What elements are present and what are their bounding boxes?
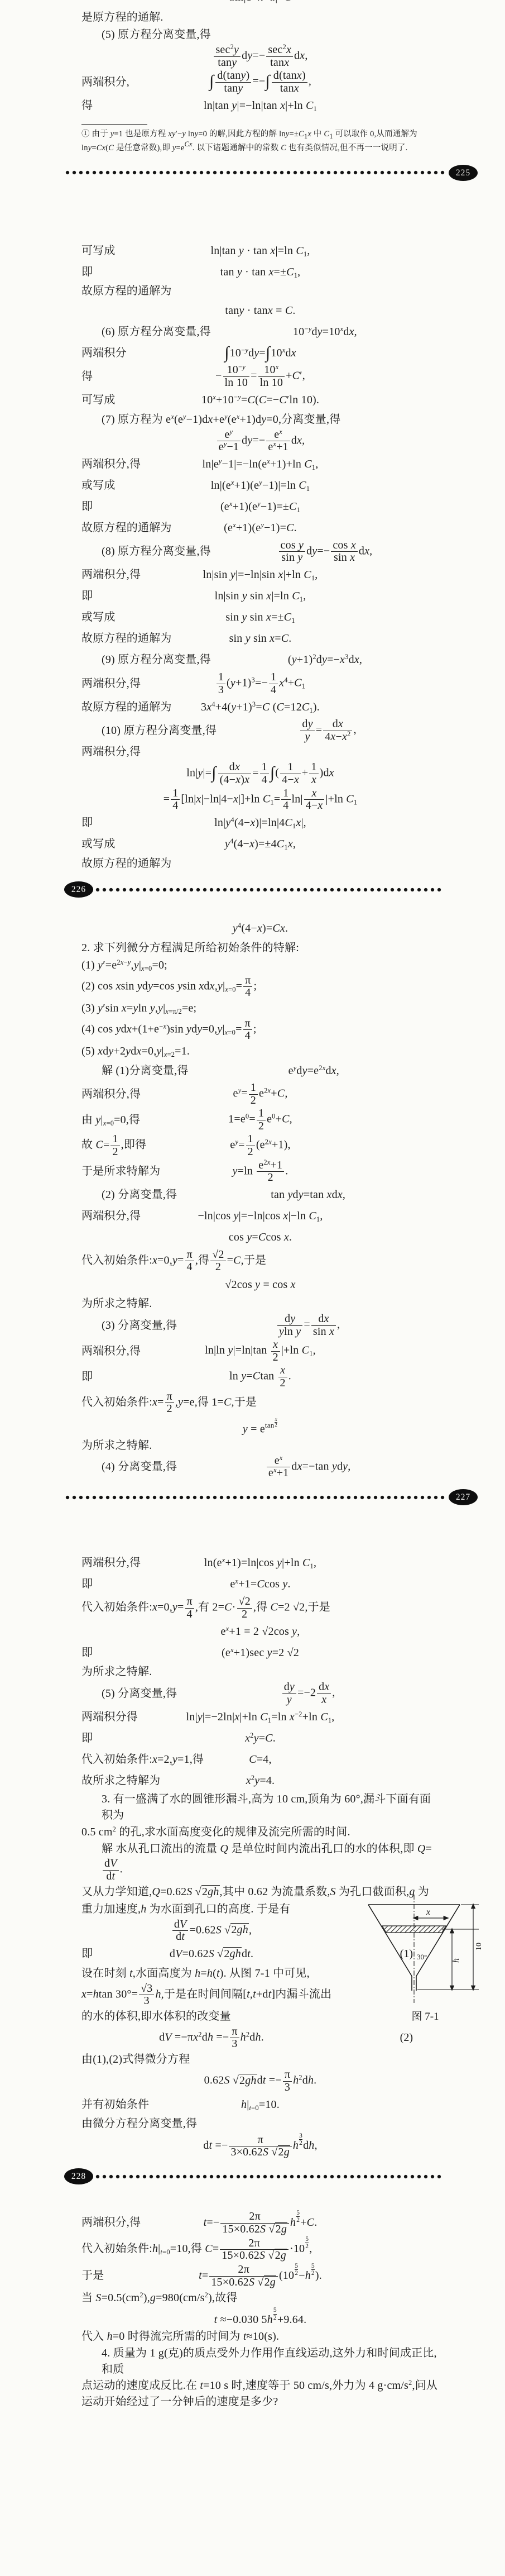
equation-line: 或写成sin y sin x=±C1 <box>81 607 439 628</box>
formula: ln|tan y|=−ln|tan x|+ln C1 <box>81 99 439 113</box>
equation-line: tany · tanx = C. <box>81 300 439 321</box>
formula: dyy=dx4x−x2, <box>217 718 439 743</box>
line-label: 故所求之特解为 <box>81 1774 160 1788</box>
line-label: 故原方程的通解为 <box>81 632 172 646</box>
line-label: 由微分方程分离变量,得 <box>81 2116 197 2132</box>
equation-line: 即x2y=C. <box>81 1728 439 1749</box>
line-label: 0.5 cm2 的孔,求水面高度变化的规律及流完所需的时间. <box>81 1824 350 1840</box>
equation-line: √2cos y = cos x <box>81 1274 439 1295</box>
text-line: 解 水从孔口流出的流量 Q 是单位时间内流出孔口的水的体积,即 Q=dVdt. <box>81 1841 439 1883</box>
text-line: 为所求之特解. <box>81 1663 439 1681</box>
equation-line: 故原方程的通解为3x4+4(y+1)3=C (C=12C1). <box>81 697 439 718</box>
line-label: 解 (1)分离变量,得 <box>102 1064 189 1078</box>
formula: dV=0.62S √2ghdt. <box>81 1947 342 1961</box>
formula: y4(4−x)=Cx. <box>233 922 288 936</box>
figure-label-h: h <box>451 1958 461 1963</box>
line-label: 或写成 <box>81 837 116 851</box>
text-line: 重力加速度,h 为水面到孔口的高度. 于是有 <box>81 1901 439 1918</box>
formula: ln y=Ctan x2. <box>81 1364 439 1390</box>
text-line: 为所求之特解. <box>81 1437 439 1454</box>
formula: aln|1−x−a|+C <box>229 0 291 4</box>
line-label: 又从力学知道,Q=0.62S √2gh,其中 0.62 为流量系数,S 为孔口截… <box>81 1884 429 1900</box>
text-line: 点运动的速度成反比.在 t=10 s 时,速度等于 50 cm/s,外力为 4 … <box>81 2378 439 2410</box>
line-label: 于是所求特解为 <box>81 1165 160 1179</box>
text-line: 代入 h=0 时得流完所需的时间为 t≈10(s). <box>81 2328 439 2345</box>
line-label: 为所求之特解. <box>81 1438 152 1454</box>
equation-line: dVdt=0.62S √2gh, <box>81 1918 342 1944</box>
line-label: (6) 原方程分离变量,得 <box>102 325 211 339</box>
line-label: 两端积分,得 <box>81 457 141 471</box>
equation-line: (6) 原方程分离变量,得10−ydy=10xdx, <box>81 321 439 342</box>
page-separator: 225 <box>65 163 479 182</box>
line-label: (4) cos ydx+(1+e−x)sin ydy=0,y|x=0=π4; <box>81 1017 257 1043</box>
formula: (y+1)2dy=−x3dx, <box>211 653 439 667</box>
formula: y = etanx2 <box>243 1417 278 1436</box>
line-label: 由(1),(2)式得微分方程 <box>81 2052 190 2068</box>
figure-label-height: 10 <box>475 1943 483 1950</box>
text-line: (4) cos ydx+(1+e−x)sin ydy=0,y|x=0=π4; <box>81 1017 439 1043</box>
text-line: lny=Cx(C 是任意常数),即 y=eCx. 以下诸题通解中的常数 C 也有… <box>81 141 496 155</box>
formula: 0.62S √2ghdt =−π3h2dh. <box>204 2068 317 2094</box>
equation-line: 两端积分∫10−ydy=∫10xdx <box>81 342 439 364</box>
formula: dyy=−2dxx, <box>177 1681 439 1706</box>
equation-line: 两端积分得ln|y|=−2ln|x|+ln C1=ln x−2+ln C1, <box>81 1706 439 1728</box>
equation-line: (9) 原方程分离变量,得(y+1)2dy=−x3dx, <box>81 650 439 671</box>
text-line: 代入初始条件:x=0,y=π4,得√22=C,于是 <box>81 1248 439 1274</box>
page-section-227: y4(4−x)=Cx.2. 求下列微分方程满足所给初始条件的特解:(1) y′=… <box>81 918 439 1507</box>
line-label: (3) 分离变量,得 <box>102 1319 177 1333</box>
equation-line: 两端积分,得ln|sin y|=−ln|sin x|+ln C1, <box>81 565 439 586</box>
text-line: 代入初始条件:x=π2,y=e,得 1=C,于是 <box>81 1390 439 1416</box>
equation-line: 两端积分,得ey=12e2x+C, <box>81 1081 439 1107</box>
text-line: (3) y′sin x=yln y,y|x=π/2=e; <box>81 1000 439 1017</box>
page-gap <box>81 903 439 918</box>
text-line: 设在时刻 t,水面高度为 h=h(t). 从图 7-1 中可见, <box>81 1965 342 1982</box>
line-label: (1) y′=e2x−y,y|x=0=0; <box>81 957 167 974</box>
equation-line: (3) 分离变量,得dyyln y=dxsin x, <box>81 1313 439 1338</box>
formula: ∫d(tany)tany=−∫d(tanx)tanx, <box>81 69 439 95</box>
line-label: (8) 原方程分离变量,得 <box>102 545 211 559</box>
formula: tan ydy=tan xdx, <box>177 1188 439 1202</box>
equation-line: 解 (1)分离变量,得eydy=e2xdx, <box>81 1060 439 1081</box>
line-label: (9) 原方程分离变量,得 <box>102 653 211 667</box>
line-label: 2. 求下列微分方程满足所给初始条件的特解: <box>81 940 299 956</box>
equation-line: 故 C=12,即得ey=12(e2x+1), <box>81 1133 439 1158</box>
line-label: (2) cos xsin ydy=cos ysin xdx,y|x=0=π4; <box>81 974 257 1000</box>
equation-line: 得−10−yln 10=10xln 10+C′, <box>81 364 439 389</box>
clipped-equation-line: aln|1−x−a|+C <box>81 0 439 9</box>
line-label: 两端积分 <box>81 346 127 360</box>
equation-line: 故原方程的通解为sin y sin x=C. <box>81 628 439 650</box>
line-label: 代入 h=0 时得流完所需的时间为 t≈10(s). <box>81 2329 279 2345</box>
line-label: 为所求之特解. <box>81 1664 152 1680</box>
page-number-badge: 226 <box>64 881 93 898</box>
line-label: 故原方程的通解为 <box>81 856 172 872</box>
text-line: 4. 质量为 1 g(克)的质点受外力作用作直线运动,这外力和时间成正比,和质 <box>81 2345 439 2378</box>
line-label: 代入初始条件:x=π2,y=e,得 1=C,于是 <box>81 1390 257 1416</box>
formula: t=2π15×0.62S √2g(1052−h52). <box>81 2263 439 2289</box>
formula: ln|y4(4−x)|=ln|4C1x|, <box>81 816 439 830</box>
line-label: 由 y|x=0=0,得 <box>81 1113 140 1127</box>
dotted-separator <box>65 1495 447 1500</box>
equation-line: 即ln|sin y sin x|=ln C1, <box>81 586 439 607</box>
equation-line: dV =−πx2dh =−π3h2dh.(2) <box>81 2025 342 2051</box>
text-line: 又从力学知道,Q=0.62S √2gh,其中 0.62 为流量系数,S 为孔口截… <box>81 1883 439 1901</box>
equation-line: ln|y|=∫dx(4−x)x=14∫(14−x+1x)dx <box>81 761 439 786</box>
line-label: (5) 分离变量,得 <box>102 1687 177 1701</box>
formula: −10−yln 10=10xln 10+C′, <box>81 364 439 389</box>
line-label: 可写成 <box>81 244 116 258</box>
line-label: ① 由于 y≡1 也是原方程 xy′−y lny=0 的解,因此方程的解 lny… <box>81 128 417 140</box>
formula: ln|y|=∫dx(4−x)x=14∫(14−x+1x)dx <box>186 761 334 786</box>
formula: √2cos y = cos x <box>225 1278 295 1292</box>
equation-line: 0.62S √2ghdt =−π3h2dh. <box>81 2068 439 2094</box>
equation-line: 即(ex+1)(ey−1)=±C1 <box>81 497 439 518</box>
equation-line: 得ln|tan y|=−ln|tan x|+ln C1 <box>81 95 439 116</box>
equation-line: 两端积分,得ln|ey−1|=−ln(ex+1)+ln C1, <box>81 454 439 475</box>
line-label: 即 <box>81 1731 93 1745</box>
equation-line: sec2ytanydy=−sec2xtanxdx, <box>81 44 439 69</box>
text-line: 3. 有一盛满了水的圆锥形漏斗,高为 10 cm,顶角为 60°,漏斗下面有面积… <box>81 1791 439 1824</box>
line-label: 两端积分,得 <box>81 1087 141 1101</box>
line-label: 即 <box>81 1947 93 1961</box>
page-number-badge: 227 <box>449 1489 478 1505</box>
equation-line: 或写成y4(4−x)=±4C1x, <box>81 834 439 855</box>
line-label: 当 S=0.5(cm2),g=980(cm/s2),故得 <box>81 2290 238 2306</box>
line-label: 或写成 <box>81 610 116 624</box>
text-line: ① 由于 y≡1 也是原方程 xy′−y lny=0 的解,因此方程的解 lny… <box>81 127 496 141</box>
text-line: 2. 求下列微分方程满足所给初始条件的特解: <box>81 939 439 957</box>
equation-line: 两端积分,得ln|ln y|=ln|tan x2|+ln C1, <box>81 1338 439 1364</box>
text-line: 的水的体积,即水体积的改变量 <box>81 2008 342 2025</box>
equation-line: 即tan y · tan x=±C1, <box>81 261 439 283</box>
equation-line: (2) 分离变量,得tan ydy=tan xdx, <box>81 1185 439 1206</box>
textbook-page: aln|1−x−a|+C是原方程的通解.(5) 原方程分离变量,得sec2yta… <box>0 0 505 2576</box>
line-label: 即 <box>81 1646 93 1660</box>
line-label: 得 <box>81 99 93 113</box>
line-label: 两端积分,得 <box>81 2216 141 2230</box>
line-label: 两端积分,得 <box>81 677 141 691</box>
formula: tan y · tan x=±C1, <box>81 265 439 279</box>
formula: ln|tan y · tan x|=ln C1, <box>81 244 439 258</box>
equation-line: 两端积分,得t=−2π15×0.62S √2gh52+C. <box>81 2210 439 2236</box>
formula: ex+1 = 2 √2cos y, <box>221 1625 300 1639</box>
dotted-separator <box>95 887 443 893</box>
line-label: 故原方程的通解为 <box>81 521 172 535</box>
equation-line: (8) 原方程分离变量,得cos ysin ydy=−cos xsin xdx, <box>81 539 439 565</box>
line-label: 代入初始条件:h|t=0=10,得 C=2π15×0.62S √2g·1052, <box>81 2236 312 2263</box>
page-gap <box>81 185 439 240</box>
line-label: 设在时刻 t,水面高度为 h=h(t). 从图 7-1 中可见, <box>81 1966 310 1982</box>
equation-line: ex+1 = 2 √2cos y, <box>81 1621 439 1642</box>
text-line: 两端积分,得 <box>81 743 439 761</box>
formula: dVdt=0.62S √2gh, <box>171 1918 252 1944</box>
page-section-228: x h 10 30° 图 7-1 两端积分,得ln(ex+1)=ln|cos y… <box>81 1532 439 2186</box>
page-separator: 226 <box>62 880 443 899</box>
line-label: 的水的体积,即水体积的改变量 <box>81 2009 231 2025</box>
line-label: (5) xdy+2ydx=0,y|x=2=1. <box>81 1043 190 1060</box>
text-line: x=htan 30°=√33h,于是在时间间隔[t,t+dt]内漏斗流出 <box>81 1982 342 2008</box>
line-label: (2) 分离变量,得 <box>102 1188 177 1202</box>
text-line: (2) cos xsin ydy=cos ysin xdx,y|x=0=π4; <box>81 974 439 1000</box>
formula: tany · tanx = C. <box>225 304 295 318</box>
text-line: 故原方程的通解为 <box>81 855 439 872</box>
line-label: (4) 分离变量,得 <box>102 1460 177 1474</box>
line-label: 4. 质量为 1 g(克)的质点受外力作用作直线运动,这外力和时间成正比,和质 <box>102 2345 439 2378</box>
equation-line: 于是所求特解为y=ln e2x+12. <box>81 1159 439 1185</box>
equation-line: (4) 分离变量,得exex+1dx=−tan ydy, <box>81 1454 439 1480</box>
line-label: 即 <box>81 265 93 279</box>
line-label: 两端积分,得 <box>81 1344 141 1358</box>
equation-line: 于是t=2π15×0.62S √2g(1052−h52). <box>81 2263 439 2289</box>
line-label: 代入初始条件:x=0,y=π4,有 2=C·√22,得 C=2 √2,于是 <box>81 1595 330 1621</box>
formula: exex+1dx=−tan ydy, <box>177 1454 439 1480</box>
formula: t ≈−0.030 5h52+9.64. <box>214 2307 307 2327</box>
equation-line: cos y=Ccos x. <box>81 1227 439 1248</box>
formula: 10−ydy=10xdx, <box>211 325 439 339</box>
equation-line: 即ln y=Ctan x2. <box>81 1364 439 1390</box>
equation-line: 由 y|x=0=0,得1=e0=12e0+C, <box>81 1107 439 1133</box>
equation-line: 即(ex+1)sec y=2 √2 <box>81 1642 439 1663</box>
figure-label-angle: 30° <box>417 1953 427 1961</box>
text-line: 代入初始条件:h|t=0=10,得 C=2π15×0.62S √2g·1052, <box>81 2236 439 2263</box>
line-label: 两端积分,得 <box>81 1209 141 1223</box>
line-label: 并有初始条件 <box>81 2098 149 2112</box>
line-label: 为所求之特解. <box>81 1296 152 1312</box>
equation-line: 两端积分,得−ln|cos y|=−ln|cos x|−ln C1, <box>81 1206 439 1227</box>
equation-line: 即ln|y4(4−x)|=ln|4C1x|, <box>81 813 439 834</box>
equation-line: 两端积分,得13(y+1)3=−14x4+C1 <box>81 671 439 697</box>
line-label: 两端积分,得 <box>81 1556 141 1570</box>
line-label: 重力加速度,h 为水面到孔口的高度. 于是有 <box>81 1901 290 1917</box>
line-label: 故原方程的通解为 <box>81 700 172 714</box>
equation-line: 或写成ln|(ex+1)(ey−1)|=ln C1 <box>81 475 439 497</box>
text-line: 当 S=0.5(cm2),g=980(cm/s2),故得 <box>81 2289 439 2307</box>
line-label: (10) 原方程分离变量,得 <box>102 724 217 738</box>
page-gap <box>81 1510 439 1532</box>
formula: ln|(ex+1)(ey−1)|=ln C1 <box>81 479 439 493</box>
line-label: 故 C=12,即得 <box>81 1133 146 1158</box>
line-label: 即 <box>81 1577 93 1591</box>
line-label: 即 <box>81 816 93 830</box>
line-label: 故原方程的通解为 <box>81 283 172 299</box>
formula: sec2ytanydy=−sec2xtanxdx, <box>213 44 307 69</box>
page-separator: 228 <box>62 2167 443 2186</box>
equation-line: 代入初始条件:x=2,y=1,得C=4, <box>81 1749 439 1770</box>
page-gap <box>81 2189 439 2210</box>
text-line: (1) y′=e2x−y,y|x=0=0; <box>81 957 439 974</box>
line-label: 是原方程的通解. <box>81 9 163 26</box>
equation-line: eyey−1dy=−exex+1dx, <box>81 428 439 454</box>
line-label: 即 <box>81 500 93 514</box>
line-label: 或写成 <box>81 479 116 493</box>
page-section-229: 两端积分,得t=−2π15×0.62S √2gh52+C.代入初始条件:h|t=… <box>81 2210 439 2410</box>
line-label: 两端积分, <box>81 75 129 89</box>
line-label: 解 水从孔口流出的流量 Q 是单位时间内流出孔口的水的体积,即 Q=dVdt. <box>102 1841 439 1883</box>
formula: ln|sin y sin x|=ln C1, <box>81 589 439 603</box>
page-separator: 227 <box>65 1488 479 1507</box>
line-label: 代入初始条件:x=0,y=π4,得√22=C,于是 <box>81 1248 266 1274</box>
formula: (ex+1)(ey−1)=±C1 <box>81 500 439 514</box>
formula: sin y sin x=±C1 <box>81 610 439 624</box>
text-line: (5) xdy+2ydx=0,y|x=2=1. <box>81 1043 439 1060</box>
line-label: 可写成 <box>81 393 116 407</box>
line-label: x=htan 30°=√33h,于是在时间间隔[t,t+dt]内漏斗流出 <box>81 1982 331 2008</box>
line-label: 于是 <box>81 2269 104 2283</box>
formula: (ex+1)sec y=2 √2 <box>81 1646 439 1660</box>
formula: dt =−π3×0.62S √2gh32dh, <box>203 2133 317 2159</box>
page-section-225: aln|1−x−a|+C是原方程的通解.(5) 原方程分离变量,得sec2yta… <box>81 0 439 182</box>
equation-line: (5) 分离变量,得dyy=−2dxx, <box>81 1681 439 1706</box>
water-surface-hatch <box>382 1926 446 1933</box>
line-label: 两端积分,得 <box>81 744 141 760</box>
page-section-226: 可写成ln|tan y · tan x|=ln C1,即tan y · tan … <box>81 240 439 899</box>
formula: eydy=e2xdx, <box>189 1064 439 1078</box>
text-line: 0.5 cm2 的孔,求水面高度变化的规律及流完所需的时间. <box>81 1824 439 1841</box>
equation-number: (2) <box>400 2031 413 2045</box>
figure-caption: 图 7-1 <box>355 2008 495 2023</box>
formula: x2y=C. <box>81 1731 439 1745</box>
equation-line: dt =−π3×0.62S √2gh32dh, <box>81 2133 439 2159</box>
line-label: (7) 原方程为 ex(ey−1)dx+ey(ex+1)dy=0,分离变量,得 <box>102 412 340 428</box>
line-label: (5) 原方程分离变量,得 <box>102 27 211 43</box>
equation-line: 可写成10x+10−y=C(C=−C′ln 10). <box>81 390 439 411</box>
footnote-rule <box>81 124 147 125</box>
equation-line: 并有初始条件h|t=0=10. <box>81 2094 439 2115</box>
line-label: lny=Cx(C 是任意常数),即 y=eCx. 以下诸题通解中的常数 C 也有… <box>81 142 407 154</box>
equation-line: 故原方程的通解为(ex+1)(ey−1)=C. <box>81 518 439 539</box>
formula: dyyln y=dxsin x, <box>177 1313 439 1338</box>
equation-line: =14[ln|x|−ln|4−x|]+ln C1=14ln|x4−x|+ln C… <box>81 787 439 813</box>
line-label: 两端积分得 <box>81 1710 138 1724</box>
page-number-badge: 228 <box>64 2168 93 2184</box>
page-number-badge: 225 <box>449 165 478 181</box>
dotted-separator <box>95 2174 443 2179</box>
equation-line: (10) 原方程分离变量,得dyy=dx4x−x2, <box>81 718 439 743</box>
formula: cos y=Ccos x. <box>229 1230 292 1244</box>
text-line: (5) 原方程分离变量,得 <box>81 26 439 44</box>
formula: ∫10−ydy=∫10xdx <box>81 346 439 360</box>
text-line: 为所求之特解. <box>81 1295 439 1313</box>
line-label: 即 <box>81 589 93 603</box>
formula: cos ysin ydy=−cos xsin xdx, <box>211 539 439 565</box>
text-line: 是原方程的通解. <box>81 9 439 26</box>
equation-line: 即dV=0.62S √2ghdt.(1) <box>81 1944 342 1965</box>
equation-line: 故所求之特解为x2y=4. <box>81 1770 439 1791</box>
equation-line: 可写成ln|tan y · tan x|=ln C1, <box>81 240 439 261</box>
formula: ex+1=Ccos y. <box>81 1577 439 1591</box>
equation-line: 即ex+1=Ccos y. <box>81 1574 439 1595</box>
line-label: 代入初始条件:x=2,y=1,得 <box>81 1753 204 1767</box>
text-line: 代入初始条件:x=0,y=π4,有 2=C·√22,得 C=2 √2,于是 <box>81 1595 439 1621</box>
text-line: 由(1),(2)式得微分方程 <box>81 2051 439 2068</box>
formula: =14[ln|x|−ln|4−x|]+ln C1=14ln|x4−x|+ln C… <box>163 787 358 813</box>
text-line: 由微分方程分离变量,得 <box>81 2115 439 2133</box>
line-label: 得 <box>81 370 93 384</box>
line-label: 两端积分,得 <box>81 568 141 582</box>
formula: y4(4−x)=±4C1x, <box>81 837 439 851</box>
line-label: 即 <box>81 1370 93 1384</box>
equation-line: y4(4−x)=Cx. <box>81 918 439 939</box>
line-label: (3) y′sin x=yln y,y|x=π/2=e; <box>81 1000 196 1017</box>
equation-number: (1) <box>400 1947 413 1961</box>
line-label: 点运动的速度成反比.在 t=10 s 时,速度等于 50 cm/s,外力为 4 … <box>81 2378 439 2410</box>
line-label: 3. 有一盛满了水的圆锥形漏斗,高为 10 cm,顶角为 60°,漏斗下面有面积… <box>102 1791 439 1824</box>
text-line: 故原方程的通解为 <box>81 283 439 300</box>
formula: dV =−πx2dh =−π3h2dh. <box>159 2025 264 2051</box>
formula: eyey−1dy=−exex+1dx, <box>216 428 305 454</box>
equation-line: 两端积分,∫d(tany)tany=−∫d(tanx)tanx, <box>81 69 439 95</box>
text-line: (7) 原方程为 ex(ey−1)dx+ey(ex+1)dy=0,分离变量,得 <box>81 411 439 428</box>
formula: 10x+10−y=C(C=−C′ln 10). <box>81 393 439 407</box>
equation-line: y = etanx2 <box>81 1416 439 1437</box>
dotted-separator <box>65 170 447 175</box>
equation-line: t ≈−0.030 5h52+9.64. <box>81 2307 439 2328</box>
equation-line: 两端积分,得ln(ex+1)=ln|cos y|+ln C1, <box>81 1553 439 1574</box>
